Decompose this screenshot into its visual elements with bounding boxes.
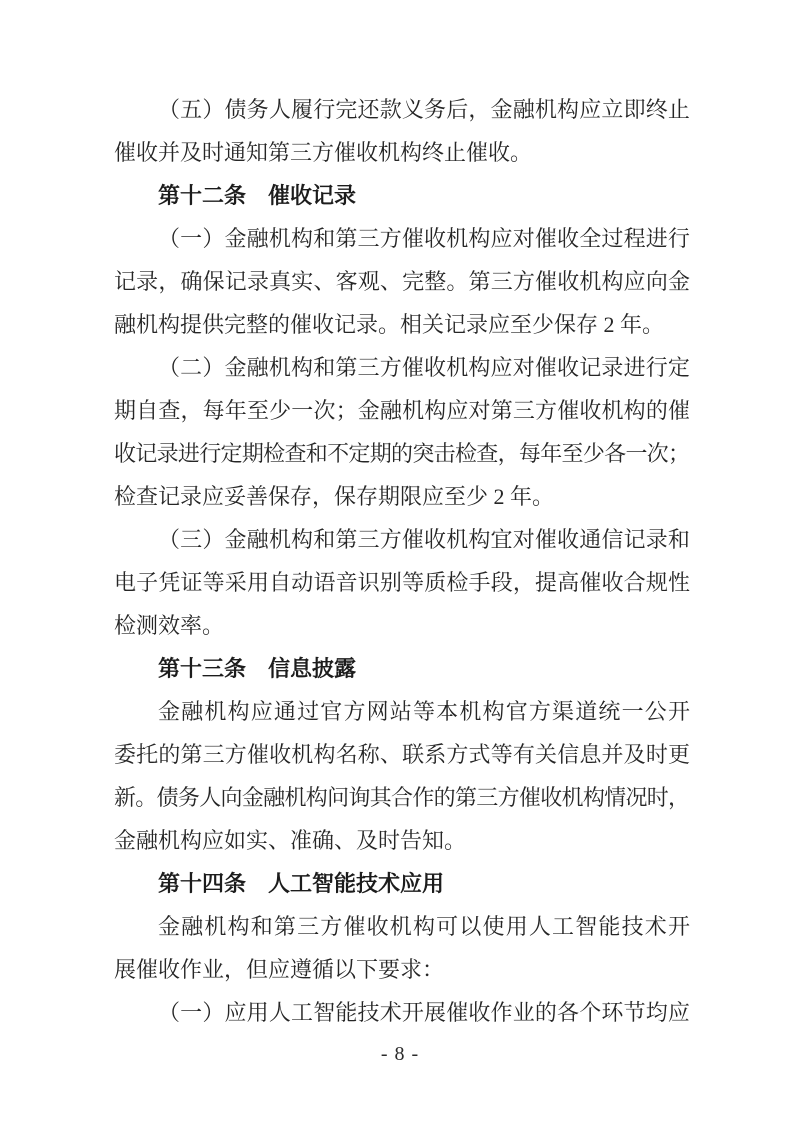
text-line-content: 检查记录应妥善保存，保存期限应至少 2 年。 [114,475,554,518]
text-line: 记录，确保记录真实、客观、完整。第三方催收机构应向金 [114,260,690,303]
text-line-content: 期自查，每年至少一次；金融机构应对第三方催收机构的催 [114,389,690,432]
text-line-content: 催收并及时通知第三方催收机构终止催收。 [114,131,532,174]
text-line: 催收并及时通知第三方催收机构终止催收。 [114,131,690,174]
text-line-content: 金融机构应如实、准确、及时告知。 [114,819,466,862]
text-line-content: 记录，确保记录真实、客观、完整。第三方催收机构应向金 [114,260,690,303]
text-line: 收记录进行定期检查和不定期的突击检查，每年至少各一次； [114,432,690,475]
text-line: （一）应用人工智能技术开展催收作业的各个环节均应 [114,991,690,1034]
text-line: （五）债务人履行完还款义务后，金融机构应立即终止 [114,88,690,131]
text-line-content: 金融机构和第三方催收机构可以使用人工智能技术开 [158,905,691,948]
text-line-content: （三）金融机构和第三方催收机构宜对催收通信记录和 [158,518,690,561]
text-line-content: 第十四条 人工智能技术应用 [158,862,444,905]
text-line: 新。债务人向金融机构问询其合作的第三方催收机构情况时， [114,776,690,819]
text-line-content: 金融机构应通过官方网站等本机构官方渠道统一公开 [158,690,691,733]
text-line-content: 第十二条 催收记录 [158,174,356,217]
text-line-content: 融机构提供完整的催收记录。相关记录应至少保存 2 年。 [114,303,664,346]
text-line: 检测效率。 [114,604,690,647]
text-line-content: （一）金融机构和第三方催收机构应对催收全过程进行 [158,217,690,260]
text-line-content: 电子凭证等采用自动语音识别等质检手段，提高催收合规性 [114,561,690,604]
text-line: 金融机构和第三方催收机构可以使用人工智能技术开 [114,905,690,948]
section-heading: 第十三条 信息披露 [114,647,690,690]
text-line: （三）金融机构和第三方催收机构宜对催收通信记录和 [114,518,690,561]
text-line: 融机构提供完整的催收记录。相关记录应至少保存 2 年。 [114,303,690,346]
text-line: 委托的第三方催收机构名称、联系方式等有关信息并及时更 [114,733,690,776]
section-heading: 第十二条 催收记录 [114,174,690,217]
text-line: 检查记录应妥善保存，保存期限应至少 2 年。 [114,475,690,518]
text-line-content: 新。债务人向金融机构问询其合作的第三方催收机构情况时， [114,776,689,819]
text-line: 金融机构应通过官方网站等本机构官方渠道统一公开 [114,690,690,733]
text-line: 期自查，每年至少一次；金融机构应对第三方催收机构的催 [114,389,690,432]
text-line: 电子凭证等采用自动语音识别等质检手段，提高催收合规性 [114,561,690,604]
page-number: - 8 - [381,1043,419,1065]
text-line-content: 展催收作业，但应遵循以下要求： [114,948,444,991]
text-line: 金融机构应如实、准确、及时告知。 [114,819,690,862]
document-page: （五）债务人履行完还款义务后，金融机构应立即终止催收并及时通知第三方催收机构终止… [0,0,800,1124]
text-line-content: （一）应用人工智能技术开展催收作业的各个环节均应 [158,991,690,1034]
text-line: （二）金融机构和第三方催收机构应对催收记录进行定 [114,346,690,389]
text-line-content: 委托的第三方催收机构名称、联系方式等有关信息并及时更 [114,733,690,776]
text-line-content: （二）金融机构和第三方催收机构应对催收记录进行定 [158,346,690,389]
text-line: （一）金融机构和第三方催收机构应对催收全过程进行 [114,217,690,260]
text-line-content: 收记录进行定期检查和不定期的突击检查，每年至少各一次； [114,432,689,475]
section-heading: 第十四条 人工智能技术应用 [114,862,690,905]
text-line-content: 第十三条 信息披露 [158,647,356,690]
text-line: 展催收作业，但应遵循以下要求： [114,948,690,991]
text-line-content: （五）债务人履行完还款义务后，金融机构应立即终止 [158,88,690,131]
page-footer: - 8 - [0,1040,800,1068]
text-line-content: 检测效率。 [114,604,224,647]
page-body: （五）债务人履行完还款义务后，金融机构应立即终止催收并及时通知第三方催收机构终止… [114,88,690,1034]
